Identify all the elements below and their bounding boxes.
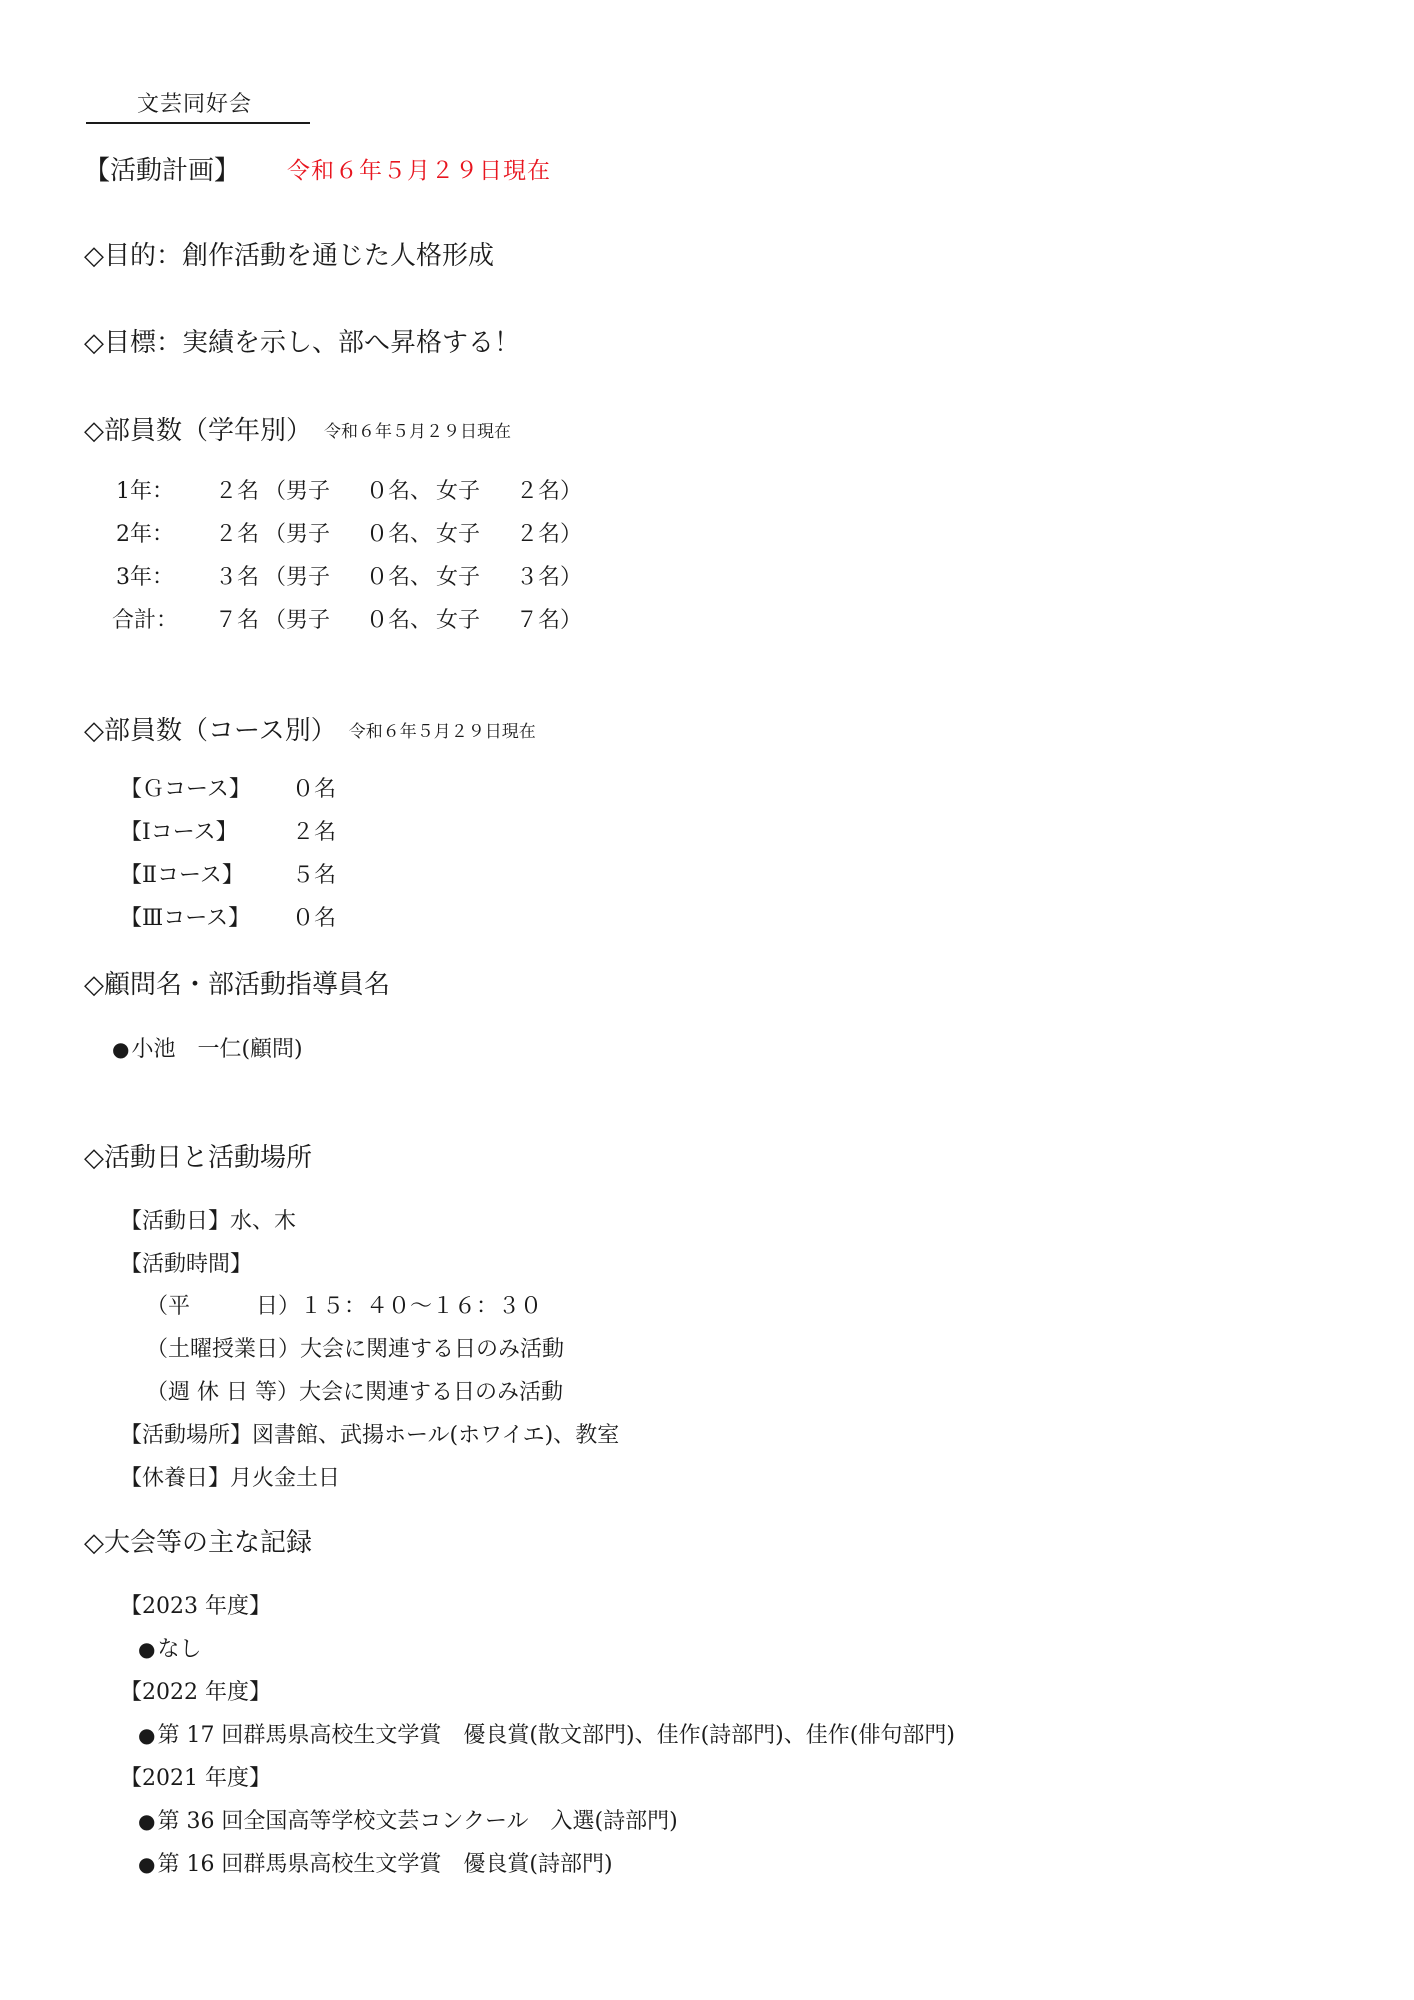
course-label: 【Ｇコース】 <box>120 779 251 801</box>
record-year-2021: 【2021 年度】 <box>120 1768 271 1790</box>
plan-label: 【活動計画】 <box>84 158 240 184</box>
members-by-course-heading: ◇部員数（コース別）令和６年５月２９日現在 <box>84 718 536 744</box>
girls-label: 女子 <box>436 524 480 546</box>
bullet-icon: ● <box>138 1723 155 1747</box>
course-label: 【Ⅱコース】 <box>120 865 244 887</box>
boys-label: （男子 <box>264 524 330 546</box>
activity-time-label: 【活動時間】 <box>120 1254 252 1276</box>
activity-places: 【活動場所】図書館、武揚ホール(ホワイエ)、教室 <box>120 1425 619 1447</box>
course-count: ５名 <box>292 865 336 887</box>
bullet-icon: ● <box>138 1809 155 1833</box>
as-of-date-note: 令和６年５月２９日現在 <box>324 422 511 442</box>
activity-time-holiday: （週 休 日 等）大会に関連する日のみ活動 <box>146 1382 563 1404</box>
grade-label: 合計： <box>112 610 178 632</box>
grade-label: 3年： <box>116 567 174 589</box>
schedule-heading: ◇活動日と活動場所 <box>84 1145 312 1171</box>
plan-date: 令和６年５月２９日現在 <box>287 160 551 183</box>
grade-label: 2年： <box>116 524 174 546</box>
members-by-grade-heading: ◇部員数（学年別）令和６年５月２９日現在 <box>84 418 511 444</box>
boys-count: ０名、 <box>366 481 432 503</box>
advisor-name: 小池 一仁(顧問) <box>131 1037 302 1062</box>
record-item: ●第 17 回群馬県高校生文学賞 優良賞(散文部門)、佳作(詩部門)、佳作(俳句… <box>138 1725 955 1747</box>
activity-time-saturday: （土曜授業日）大会に関連する日のみ活動 <box>146 1339 564 1361</box>
record-item: ●第 36 回全国高等学校文芸コンクール 入選(詩部門) <box>138 1811 678 1833</box>
girls-count: ７名） <box>516 610 582 632</box>
course-count: ０名 <box>292 908 336 930</box>
advisors-heading: ◇顧問名・部活動指導員名 <box>84 972 390 998</box>
advisor-item: ●小池 一仁(顧問) <box>112 1039 303 1061</box>
boys-count: ０名、 <box>366 567 432 589</box>
goal-heading: ◇目標：実績を示し、部へ昇格する！ <box>84 330 520 356</box>
record-year-2023: 【2023 年度】 <box>120 1596 271 1618</box>
record-text: 第 16 回群馬県高校生文学賞 優良賞(詩部門) <box>157 1852 612 1877</box>
activity-time-weekday: （平 日）１５：４０～１６：３０ <box>146 1296 542 1318</box>
grade-label: 1年： <box>116 481 174 503</box>
record-item: ●なし <box>138 1639 201 1661</box>
boys-label: （男子 <box>264 567 330 589</box>
bullet-icon: ● <box>138 1637 155 1661</box>
girls-count: ３名） <box>516 567 582 589</box>
record-text: 第 17 回群馬県高校生文学賞 優良賞(散文部門)、佳作(詩部門)、佳作(俳句部… <box>157 1723 954 1748</box>
title-underline <box>86 122 310 124</box>
heading-text: ◇部員数（学年別） <box>84 416 312 446</box>
bullet-icon: ● <box>112 1037 129 1061</box>
course-count: ０名 <box>292 779 336 801</box>
heading-text: ◇部員数（コース別） <box>84 716 337 746</box>
boys-count: ０名、 <box>366 610 432 632</box>
record-text: 第 36 回全国高等学校文芸コンクール 入選(詩部門) <box>157 1809 677 1834</box>
records-heading: ◇大会等の主な記録 <box>84 1530 312 1556</box>
boys-label: （男子 <box>264 481 330 503</box>
course-label: 【Ⅰコース】 <box>120 822 238 844</box>
record-item: ●第 16 回群馬県高校生文学賞 優良賞(詩部門) <box>138 1854 613 1876</box>
record-year-2022: 【2022 年度】 <box>120 1682 271 1704</box>
course-count: ２名 <box>292 822 336 844</box>
boys-label: （男子 <box>264 610 330 632</box>
girls-count: ２名） <box>516 524 582 546</box>
purpose-heading: ◇目的：創作活動を通じた人格形成 <box>84 243 494 269</box>
girls-label: 女子 <box>436 481 480 503</box>
grade-total: ７名 <box>215 610 259 632</box>
club-name-title: 文芸同好会 <box>137 94 252 116</box>
activity-days: 【活動日】水、木 <box>120 1211 296 1233</box>
record-text: なし <box>157 1637 201 1662</box>
course-label: 【Ⅲコース】 <box>120 908 250 930</box>
bullet-icon: ● <box>138 1852 155 1876</box>
girls-label: 女子 <box>436 610 480 632</box>
boys-count: ０名、 <box>366 524 432 546</box>
grade-total: ２名 <box>215 481 259 503</box>
rest-days: 【休養日】月火金土日 <box>120 1468 340 1490</box>
girls-label: 女子 <box>436 567 480 589</box>
as-of-date-note: 令和６年５月２９日現在 <box>349 722 536 742</box>
girls-count: ２名） <box>516 481 582 503</box>
grade-total: ２名 <box>215 524 259 546</box>
grade-total: ３名 <box>215 567 259 589</box>
